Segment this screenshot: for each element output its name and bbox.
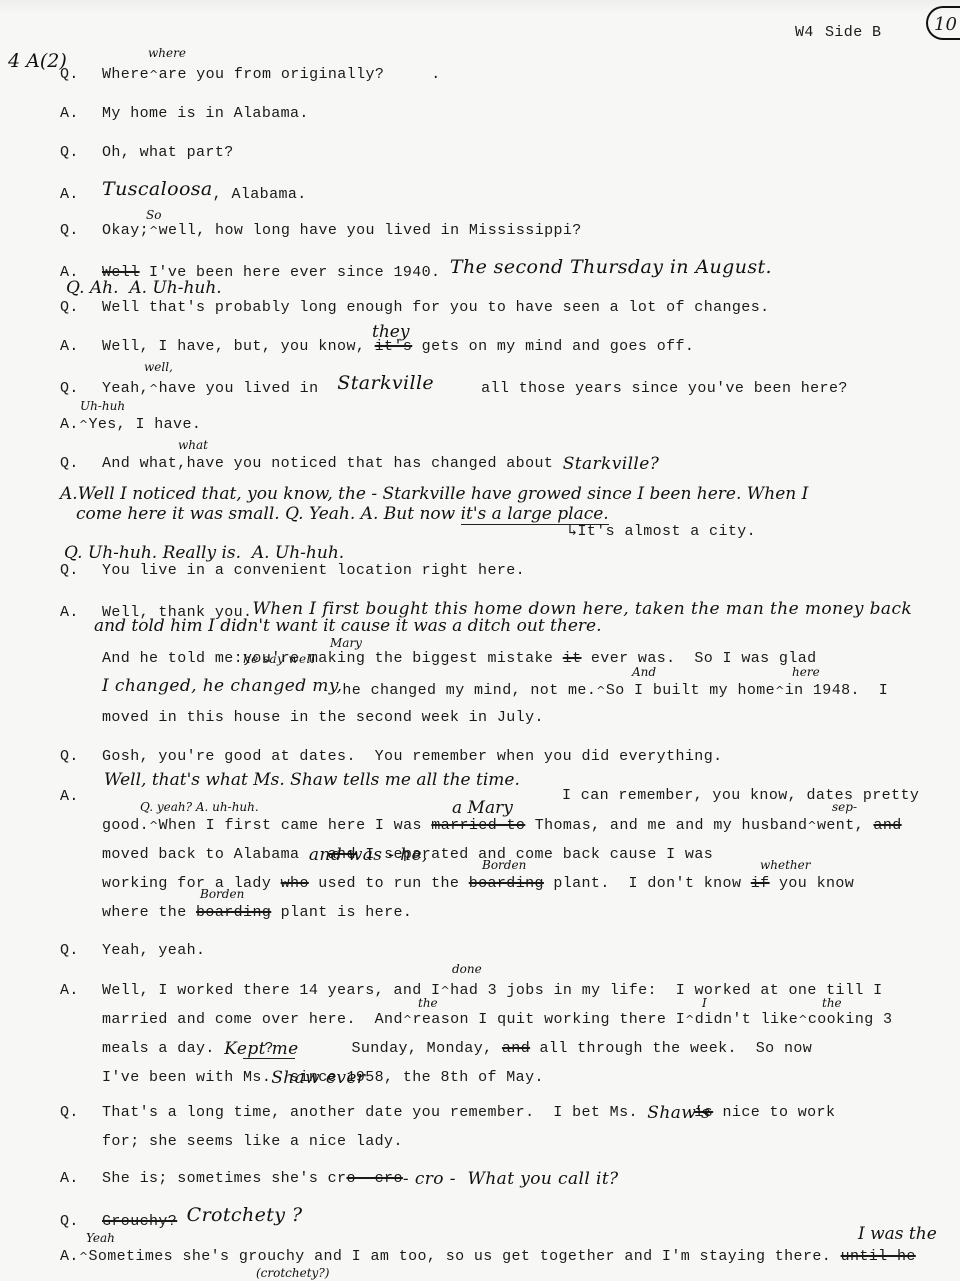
line-q2: Q.Oh, what part?: [60, 144, 234, 162]
line-a9-cont1: married and come over here. And^reason I…: [102, 1011, 892, 1029]
insert-sep: sep-: [832, 800, 857, 814]
line-a6-typed: ↳It's almost a city.: [568, 523, 756, 541]
page-number-circled: 10: [926, 6, 960, 40]
insert-whether: whether: [760, 858, 811, 872]
insert-where: where: [148, 46, 186, 60]
side-label: Side B: [825, 24, 881, 42]
insert-i-was-the: I was the: [858, 1224, 937, 1244]
note-crotchety: (crotchety?): [256, 1266, 329, 1280]
line-a7-cont3: moved in this house in the second week i…: [102, 709, 544, 727]
insert-yeah-uh-huh: Q. yeah? A. uh-huh.: [140, 800, 259, 814]
tape-id: W4: [795, 24, 814, 42]
line-q3: Q.Okay;^well, how long have you lived in…: [60, 222, 582, 240]
handwritten-exchange-2: Q. Uh-huh. Really is. A. Uh-huh.: [64, 543, 344, 563]
line-q1: Q.Where^are you from originally? .: [60, 66, 441, 84]
line-a8-cont4: where the boarding plant is here.: [102, 904, 412, 922]
handwritten-answer-line2: come here it was small. Q. Yeah. A. But …: [76, 504, 609, 524]
handwritten-exchange-1: Q. Ah. A. Uh-huh.: [66, 278, 222, 298]
line-q7: Q.You live in a convenient location righ…: [60, 562, 525, 580]
insert-here: here: [792, 665, 820, 679]
line-q8: Q.Gosh, you're good at dates. You rememb…: [60, 748, 723, 766]
line-a11: A.^Sometimes she's grouchy and I am too,…: [60, 1248, 916, 1266]
insert-done: done: [452, 962, 482, 976]
line-a7-cont2: I changed, he changed my,he changed my m…: [102, 680, 888, 700]
handwritten-shaw-quote: Well, that's what Ms. Shaw tells me all …: [104, 770, 520, 790]
insert-borden-2: Borden: [200, 887, 244, 901]
line-q10: Q.That's a long time, another date you r…: [60, 1104, 835, 1122]
line-q5: Q.Yeah,^have you lived in Starkville all…: [60, 377, 848, 398]
insert-they: they: [372, 322, 409, 342]
insert-well: well,: [144, 360, 173, 374]
line-a9-cont3: I've been with Ms.Shaw ever since 1958, …: [102, 1069, 544, 1087]
line-a2: A.Tuscaloosa, Alabama.: [60, 183, 307, 204]
insert-the-2: the: [822, 996, 842, 1010]
insert-a-mary: a Mary: [452, 798, 513, 818]
line-a9-cont2: meals a day. Kept me ? Sunday, Monday, a…: [102, 1040, 812, 1059]
handwritten-answer-cont: and told him I didn't want it cause it w…: [94, 616, 602, 636]
insert-yeah: Yeah: [86, 1231, 115, 1245]
line-a5: A.^Yes, I have.: [60, 416, 201, 434]
line-a8-cont2: moved back to Alabama and was - he, and …: [102, 846, 713, 864]
line-a8-typed: I can remember, you know, dates pretty: [562, 787, 919, 805]
line-a8: A.: [60, 788, 79, 806]
line-q10-cont: for; she seems like a nice lady.: [102, 1133, 403, 1151]
insert-the-1: the: [418, 996, 438, 1010]
line-a8-cont1: good.^When I first came here I was marri…: [102, 817, 902, 835]
line-q4: Q.Well that's probably long enough for y…: [60, 299, 770, 317]
line-q9: Q.Yeah, yeah.: [60, 942, 205, 960]
line-q11: Q.Grouchy? Crotchety ?: [60, 1210, 302, 1231]
insert-mary: Mary: [330, 636, 362, 650]
line-a1: A.My home is in Alabama.: [60, 105, 309, 123]
margin-note: 4 A(2): [8, 50, 67, 72]
insert-uh-huh: Uh-huh: [80, 399, 125, 413]
insert-so: So: [146, 208, 161, 222]
insert-i: I: [702, 996, 707, 1010]
insert-what: what: [178, 438, 208, 452]
handwritten-answer-line1: A.Well I noticed that, you know, the - S…: [60, 484, 808, 504]
line-a10: A.She is; sometimes she's cro- cro- cro …: [60, 1170, 403, 1188]
line-a7-cont1: And he told me:he say wellyou're making …: [102, 650, 817, 668]
line-a9: A.Well, I worked there 14 years, and I^h…: [60, 982, 883, 1000]
insert-borden-1: Borden: [482, 858, 526, 872]
line-q6: Q.And what,have you noticed that has cha…: [60, 455, 563, 473]
insert-and: And: [632, 665, 656, 679]
